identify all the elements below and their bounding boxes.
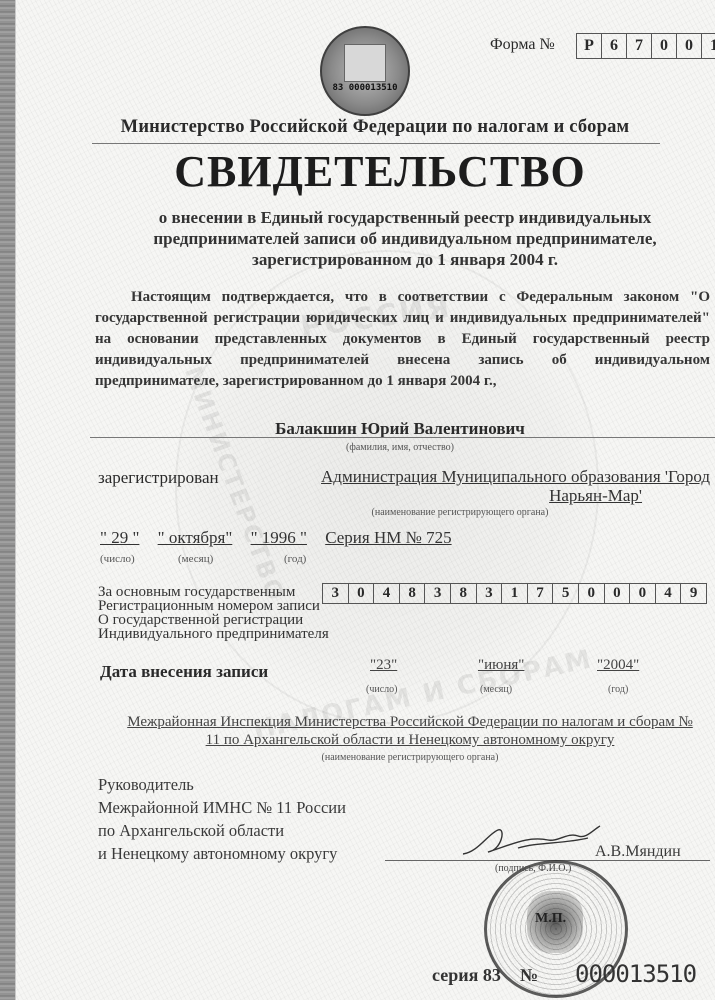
entrepreneur-name: Балакшин Юрий Валентинович	[90, 419, 710, 439]
ogrn-digit-box: 7	[528, 583, 554, 604]
signatory-name: А.В.Мяндин	[595, 843, 681, 861]
signature-caption: (подпись, Ф.И.О.)	[495, 863, 571, 874]
authority-line-1: Администрация Муниципального образования…	[270, 467, 710, 486]
entry-date-label: Дата внесения записи	[100, 662, 268, 682]
signatory-title-line: Руководитель	[98, 773, 346, 796]
registering-authority: Администрация Муниципального образования…	[270, 467, 710, 505]
ogrn-digit-box: 5	[553, 583, 579, 604]
day-caption: (число)	[100, 553, 135, 565]
authority-caption: (наименование регистрирующего органа)	[330, 507, 590, 518]
ogrn-digit-box: 1	[502, 583, 528, 604]
number-sign: №	[520, 965, 538, 986]
ogrn-label-line: Регистрационным номером записи	[98, 599, 329, 613]
ogrn-label-line: О государственной регистрации	[98, 613, 329, 627]
year-caption: (год)	[284, 553, 306, 565]
stamp-mp-label: М.П.	[535, 911, 566, 927]
registered-label: зарегистрирован	[98, 468, 219, 488]
ogrn-digit-boxes: 304838317500049	[322, 583, 707, 604]
form-code-boxes: Р67001	[576, 33, 715, 59]
ministry-divider	[92, 143, 660, 144]
ogrn-digit-box: 9	[681, 583, 707, 604]
ogrn-digit-box: 0	[630, 583, 656, 604]
entry-day: "23"	[370, 657, 397, 674]
blank-serial-number: 000013510	[575, 960, 696, 988]
ogrn-digit-box: 0	[349, 583, 375, 604]
blank-series: серия 83	[432, 965, 501, 986]
ogrn-digit-box: 4	[374, 583, 400, 604]
entry-year-caption: (год)	[608, 684, 628, 695]
ogrn-digit-box: 8	[400, 583, 426, 604]
registration-year: " 1996 "	[251, 528, 307, 547]
form-code-box: 1	[702, 33, 715, 59]
registration-series: Серия НМ № 725	[325, 528, 451, 547]
form-code-box: Р	[576, 33, 602, 59]
entry-day-caption: (число)	[366, 684, 397, 695]
form-code-box: 6	[602, 33, 627, 59]
ogrn-digit-box: 3	[477, 583, 503, 604]
form-code-box: 0	[652, 33, 677, 59]
entry-year: "2004"	[597, 657, 639, 674]
ogrn-digit-box: 4	[656, 583, 682, 604]
ogrn-digit-box: 3	[425, 583, 451, 604]
signatory-title-line: Межрайонной ИМНС № 11 России	[98, 796, 346, 819]
body-paragraph: Настоящим подтверждается, что в соответс…	[95, 287, 710, 392]
inspection-name: Межрайонная Инспекция Министерства Росси…	[100, 713, 715, 749]
registration-date: " 29 " " октября" " 1996 " Серия НМ № 72…	[100, 528, 466, 548]
authority-line-2: Нарьян-Мар'	[270, 486, 710, 505]
registration-month: " октября"	[158, 528, 233, 547]
hologram-seal: 83 000013510	[320, 26, 410, 116]
form-label: Форма №	[490, 36, 555, 54]
document-title: СВИДЕТЕЛЬСТВО	[80, 146, 680, 197]
entry-month: "июня"	[478, 657, 524, 674]
ogrn-label-line: Индивидуального предпринимателя	[98, 627, 329, 641]
inspection-caption: (наименование регистрирующего органа)	[250, 752, 570, 763]
signature-icon	[458, 822, 618, 862]
seal-number: 83 000013510	[330, 83, 400, 93]
inspection-line-1: Межрайонная Инспекция Министерства Росси…	[100, 713, 715, 731]
inspection-line-2: 11 по Архангельской области и Ненецкому …	[100, 731, 715, 749]
seal-emblem-icon	[344, 44, 386, 82]
signatory-title: РуководительМежрайонной ИМНС № 11 России…	[98, 773, 346, 865]
entry-month-caption: (месяц)	[480, 684, 512, 695]
registration-day: " 29 "	[100, 528, 139, 547]
form-code-box: 0	[677, 33, 702, 59]
body-text: Настоящим подтверждается, что в соответс…	[95, 287, 710, 392]
signatory-title-line: и Ненецкому автономному округу	[98, 842, 346, 865]
name-underline	[90, 437, 715, 438]
ogrn-label-line: За основным государственным	[98, 585, 329, 599]
signatory-title-line: по Архангельской области	[98, 819, 346, 842]
document-subtitle: о внесении в Единый государственный реес…	[120, 207, 690, 270]
month-caption: (месяц)	[178, 553, 213, 565]
ministry-name: Министерство Российской Федерации по нал…	[90, 117, 660, 138]
ogrn-digit-box: 8	[451, 583, 477, 604]
ogrn-digit-box: 0	[579, 583, 605, 604]
name-caption: (фамилия, имя, отчество)	[90, 442, 710, 453]
certificate-page: РОССИЯ НАЛОГАМ И СБОРАМ МИНИСТЕРСТВО 83 …	[0, 0, 715, 1000]
ogrn-digit-box: 3	[322, 583, 349, 604]
form-code-box: 7	[627, 33, 652, 59]
left-border-strip	[0, 0, 16, 1000]
ogrn-label: За основным государственнымРегистрационн…	[98, 585, 329, 641]
ogrn-digit-box: 0	[605, 583, 631, 604]
